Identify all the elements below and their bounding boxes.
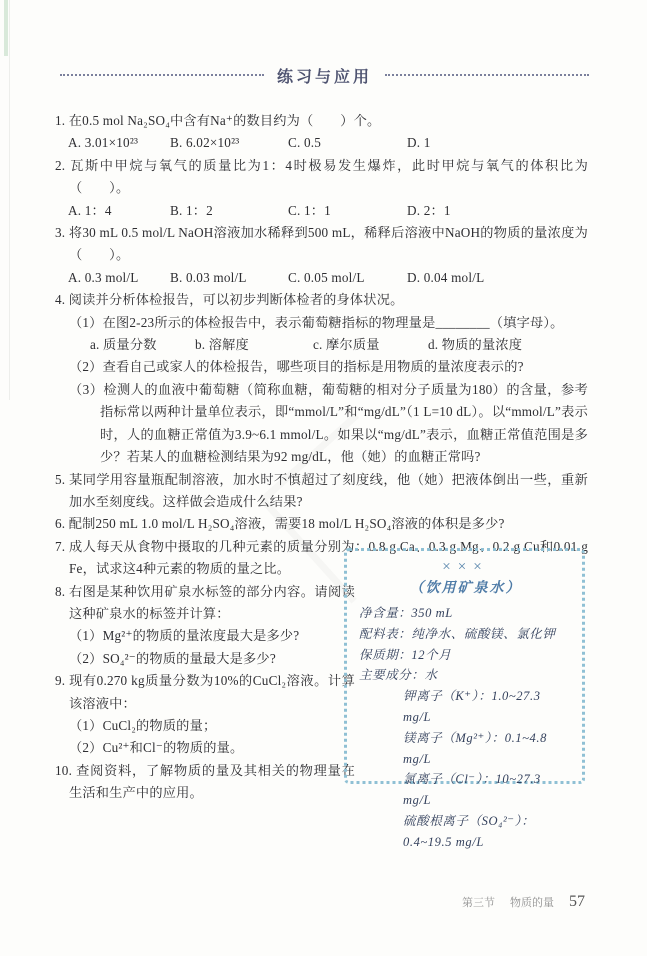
label-ion-sulfate: 硫酸根离子（SO₄²⁻）：0.4~19.5 mg/L bbox=[359, 811, 572, 853]
option-d: D. 1 bbox=[407, 132, 588, 154]
option-c: C. 1：1 bbox=[288, 200, 407, 222]
label-ingredients: 配料表：纯净水、硫酸镁、氯化钾 bbox=[359, 624, 572, 645]
option-a: A. 3.01×10²³ bbox=[68, 132, 170, 154]
question-4-item-3: （3）检测人的血液中葡萄糖（简称血糖，葡萄糖的相对分子质量为180）的含量，参考… bbox=[55, 379, 588, 469]
option-b: B. 6.02×10²³ bbox=[170, 132, 288, 154]
option-a: A. 0.3 mol/L bbox=[68, 267, 170, 289]
label-main-component: 主要成分：水 bbox=[359, 665, 572, 686]
option-b: B. 1：2 bbox=[170, 200, 288, 222]
sub-option-c: c. 摩尔质量 bbox=[313, 334, 428, 356]
option-d: D. 0.04 mol/L bbox=[407, 267, 588, 289]
question-1-options: A. 3.01×10²³ B. 6.02×10²³ C. 0.5 D. 1 bbox=[68, 132, 588, 154]
option-d: D. 2：1 bbox=[407, 200, 588, 222]
mineral-water-label: ××× （饮用矿泉水） 净含量：350 mL 配料表：纯净水、硫酸镁、氯化钾 保… bbox=[344, 548, 585, 784]
label-brand-placeholder: ××× bbox=[359, 557, 572, 578]
question-10: 10. 查阅资料，了解物质的量及其相关的物理量在生活和生产中的应用。 bbox=[55, 760, 355, 805]
question-6: 6. 配制250 mL 1.0 mol/L H₂SO₄溶液，需要18 mol/L… bbox=[55, 513, 588, 535]
label-ion-chloride: 氯离子（Cl⁻）：10~27.3 mg/L bbox=[359, 769, 572, 811]
header-rule-left bbox=[60, 74, 264, 76]
question-8-item-2: （2）SO₄²⁻的物质的量最大是多少? bbox=[55, 648, 355, 670]
question-4-item-2: （2）查看自己或家人的体检报告，哪些项目的指标是用物质的量浓度表示的? bbox=[55, 356, 588, 378]
section-header: 练习与应用 bbox=[60, 64, 589, 86]
question-5: 5. 某同学用容量瓶配制溶液，加水时不慎超过了刻度线，他（她）把液体倒出一些，重… bbox=[55, 469, 588, 514]
sub-option-b: b. 溶解度 bbox=[195, 334, 313, 356]
question-8-item-1: （1）Mg²⁺的物质的量浓度最大是多少? bbox=[55, 625, 355, 647]
option-c: C. 0.05 mol/L bbox=[288, 267, 407, 289]
question-9-item-1: （1）CuCl₂的物质的量； bbox=[55, 715, 355, 737]
footer-chapter: 物质的量 bbox=[510, 894, 554, 910]
question-2: 2. 瓦斯中甲烷与氧气的质量比为1：4时极易发生爆炸，此时甲烷与氧气的体积比为（… bbox=[55, 155, 588, 200]
page-edge-mark bbox=[4, 0, 8, 56]
question-3-options: A. 0.3 mol/L B. 0.03 mol/L C. 0.05 mol/L… bbox=[68, 267, 588, 289]
question-9-item-2: （2）Cu²⁺和Cl⁻的物质的量。 bbox=[55, 737, 355, 759]
label-ion-potassium: 钾离子（K⁺）：1.0~27.3 mg/L bbox=[359, 686, 572, 728]
option-a: A. 1：4 bbox=[68, 200, 170, 222]
sub-option-a: a. 质量分数 bbox=[90, 334, 195, 356]
question-8: 8. 右图是某种饮用矿泉水标签的部分内容。请阅读这种矿泉水的标签并计算： bbox=[55, 581, 355, 626]
option-b: B. 0.03 mol/L bbox=[170, 267, 288, 289]
scan-edge-line bbox=[9, 0, 10, 400]
question-4-sub-options: a. 质量分数 b. 溶解度 c. 摩尔质量 d. 物质的量浓度 bbox=[90, 334, 588, 356]
page-footer: 第三节 物质的量 57 bbox=[462, 893, 585, 911]
question-2-options: A. 1：4 B. 1：2 C. 1：1 D. 2：1 bbox=[68, 200, 588, 222]
label-product-name: （饮用矿泉水） bbox=[359, 578, 572, 599]
option-c: C. 0.5 bbox=[288, 132, 407, 154]
footer-section: 第三节 bbox=[462, 894, 495, 910]
question-3: 3. 将30 mL 0.5 mol/L NaOH溶液加水稀释到500 mL，稀释… bbox=[55, 222, 588, 267]
label-ion-magnesium: 镁离子（Mg²⁺）：0.1~4.8 mg/L bbox=[359, 728, 572, 770]
page-number: 57 bbox=[569, 893, 585, 911]
question-4: 4. 阅读并分析体检报告，可以初步判断体检者的身体状况。 bbox=[55, 289, 588, 311]
label-shelf-life: 保质期：12个月 bbox=[359, 645, 572, 666]
question-4-item-1: （1）在图2-23所示的体检报告中，表示葡萄糖指标的物理量是________（填… bbox=[55, 312, 588, 334]
section-title: 练习与应用 bbox=[277, 64, 372, 87]
header-rule-right bbox=[385, 74, 589, 76]
sub-option-d: d. 物质的量浓度 bbox=[428, 334, 588, 356]
question-1: 1. 在0.5 mol Na₂SO₄中含有Na⁺的数目约为（ ）个。 bbox=[55, 110, 588, 132]
label-net-content: 净含量：350 mL bbox=[359, 603, 572, 624]
question-9: 9. 现有0.270 kg质量分数为10%的CuCl₂溶液。计算该溶液中： bbox=[55, 670, 355, 715]
textbook-page: 练习与应用 1. 在0.5 mol Na₂SO₄中含有Na⁺的数目约为（ ）个。… bbox=[0, 0, 647, 956]
